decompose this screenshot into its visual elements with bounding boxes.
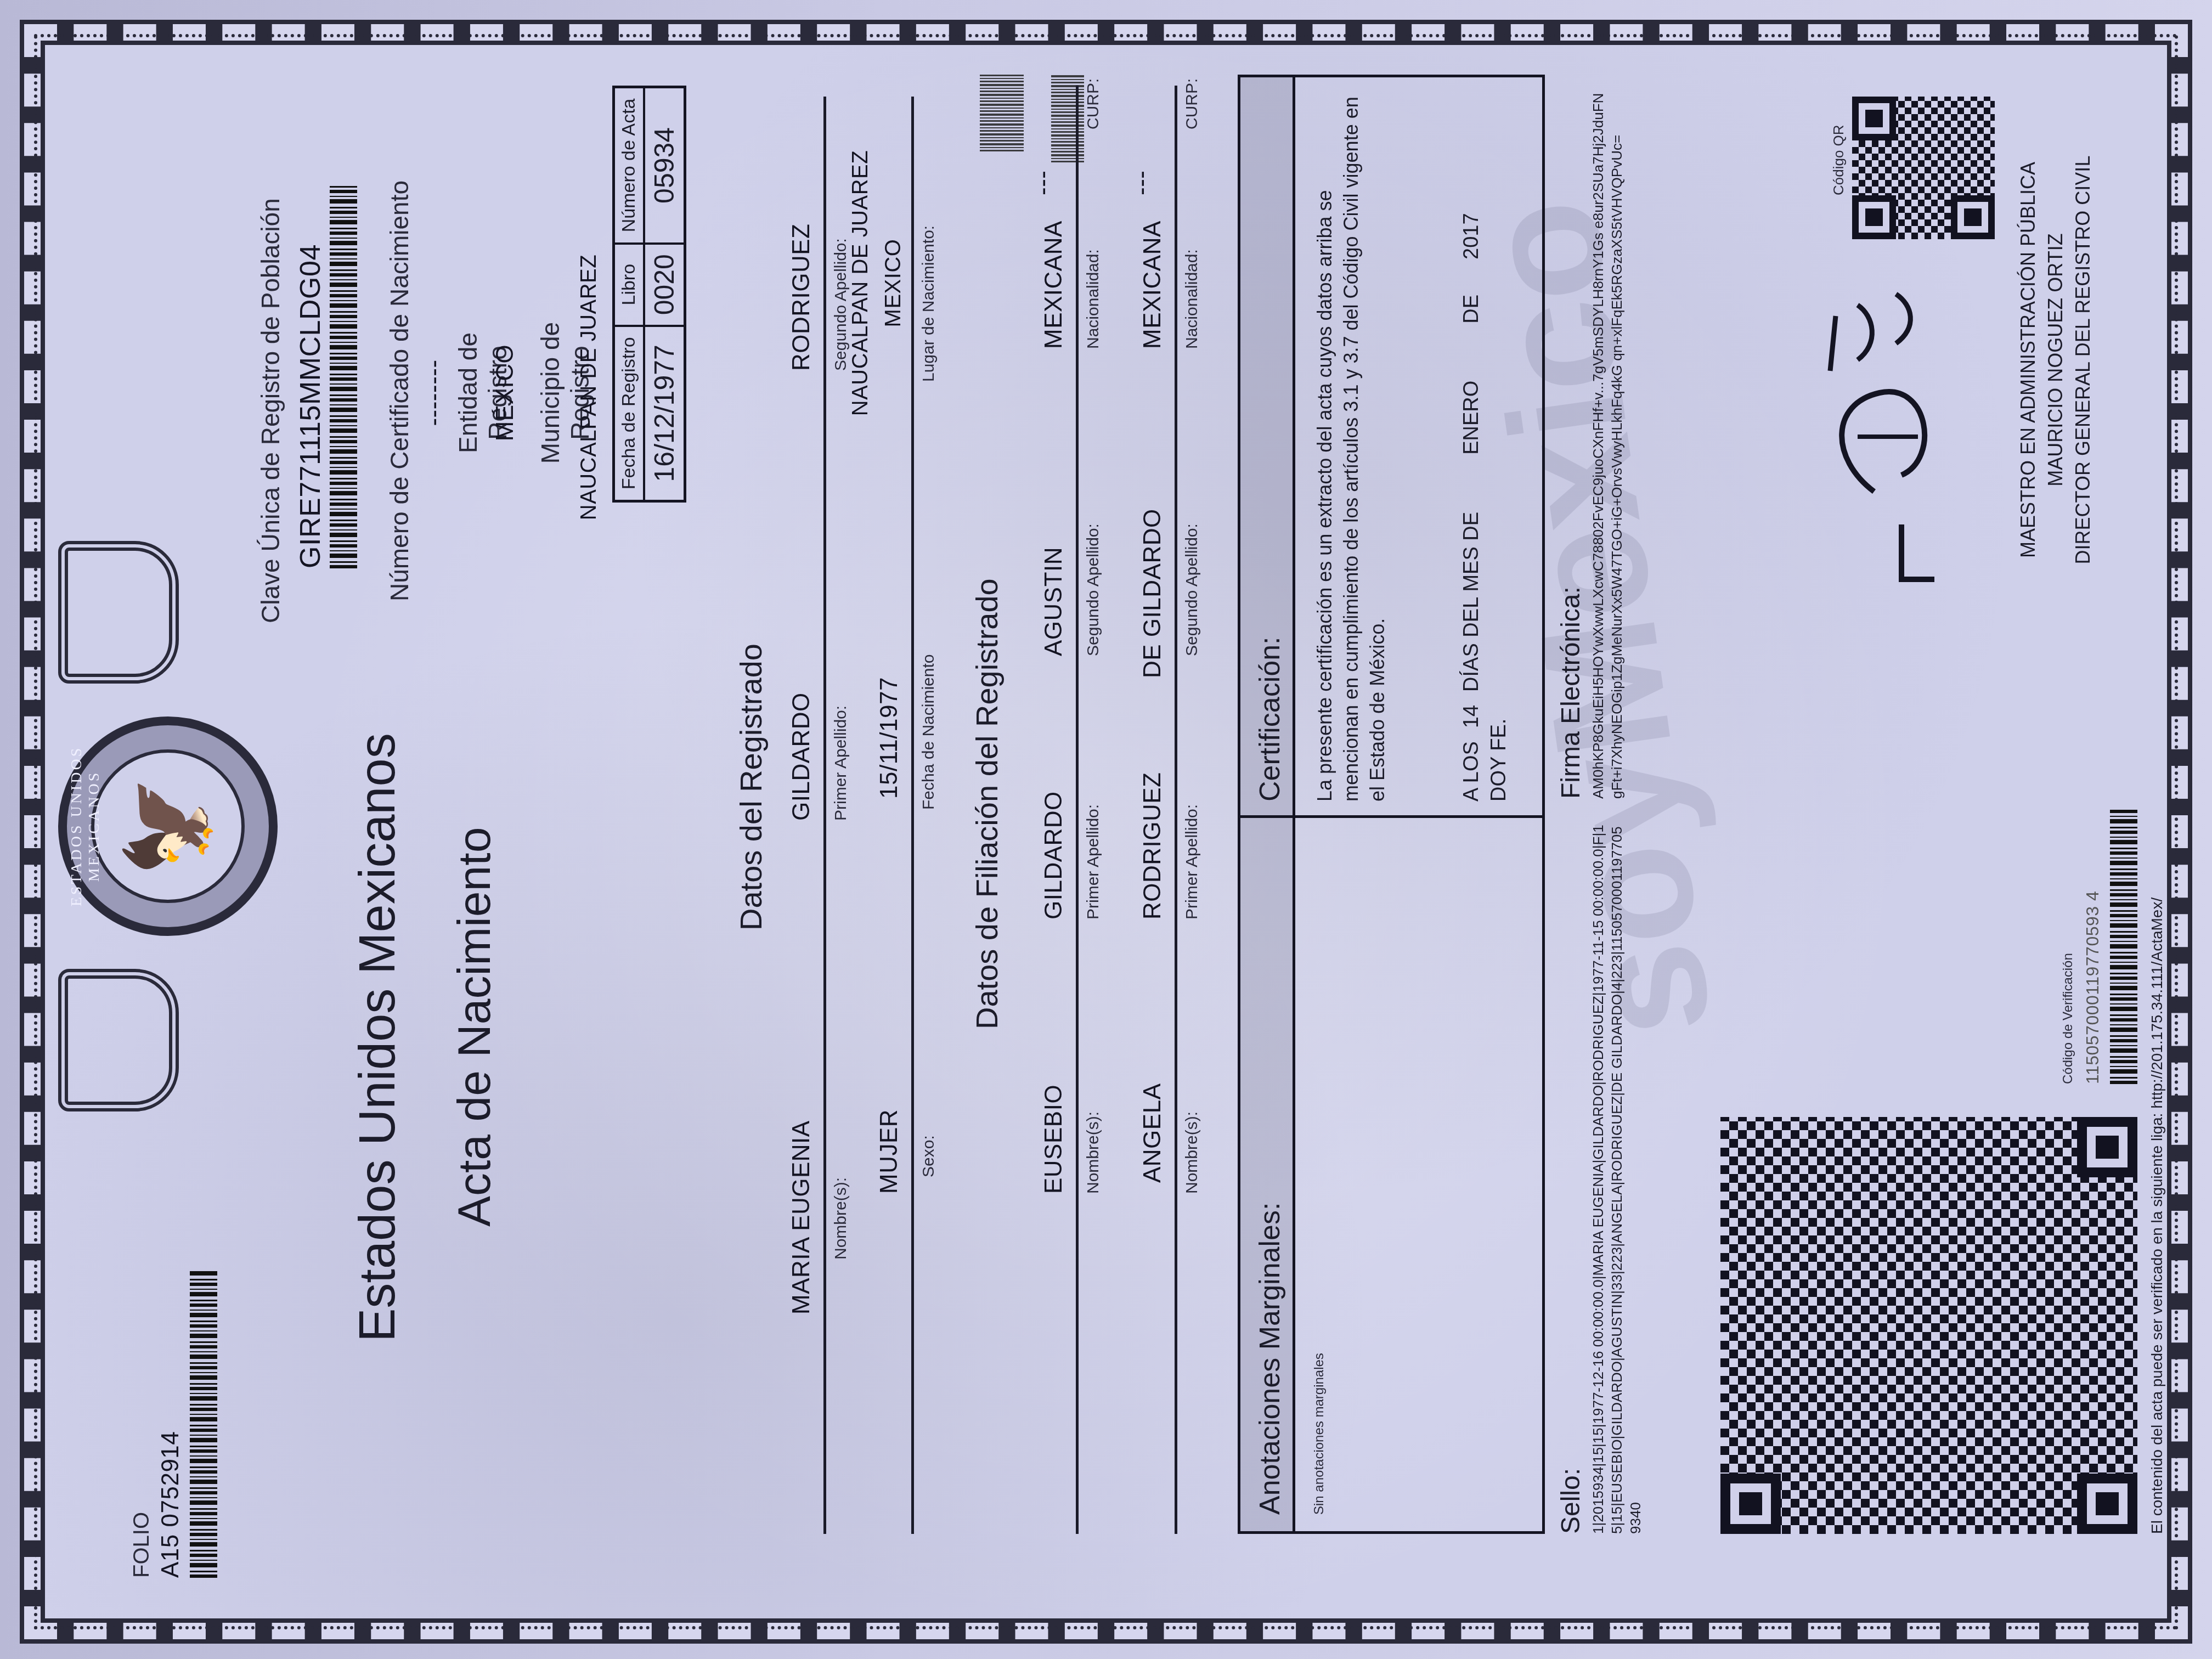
parent1-nacionalidad: MEXICANA	[1040, 221, 1068, 349]
parent1-nombre: EUSEBIO	[1040, 1085, 1068, 1194]
qr-finder	[2077, 1117, 2137, 1177]
parent1-curp-label: CURP:	[1084, 78, 1103, 129]
registrado-lugar-nac-label: Lugar de Nacimiento:	[919, 225, 938, 382]
filiacion-barcode	[980, 75, 1024, 151]
parent1-rule	[1076, 86, 1079, 1534]
curp-value: GIRE771115MMCLDG04	[294, 244, 327, 568]
birth-certificate-document: soyMexico FOLIO A15 0752914 ESTADOS UNID…	[20, 20, 2192, 1644]
parent1-primer-apellido: GILDARDO	[1040, 791, 1068, 919]
country-title: Estados Unidos Mexicanos	[349, 733, 407, 1342]
libro-value: 0020	[644, 244, 685, 326]
signatory-name: MAURICIO NOGUEZ ORTIZ	[2044, 86, 2067, 634]
certificacion-title: Certificación:	[1254, 636, 1286, 802]
small-qr-code	[1852, 97, 1995, 239]
registrado-primer-apellido-label: Primer Apellido:	[832, 706, 850, 821]
reg-date-header: Fecha de Registro	[614, 326, 645, 501]
national-seal: ESTADOS UNIDOS MEXICANOS 🦅	[58, 716, 278, 936]
parent2-segundo-apellido: DE GILDARDO	[1139, 509, 1166, 678]
sello-label: Sello:	[1556, 1468, 1586, 1534]
cert-month: ENERO	[1460, 381, 1483, 455]
entidad-value: MÉXICO	[492, 283, 519, 503]
registrado-fecha-nac-value: 15/11/1977	[876, 677, 903, 799]
document-title: Acta de Nacimiento	[448, 827, 501, 1227]
qr-label: Código QR	[1830, 125, 1847, 195]
anotaciones-text: Sin anotaciones marginales	[1312, 1353, 1327, 1515]
box-divider	[1240, 815, 1542, 818]
parent2-nombre-label: Nombre(s):	[1183, 1111, 1201, 1194]
registrado-name-rule	[823, 97, 826, 1534]
acta-number-header: Número de Acta	[614, 87, 645, 244]
acta-number-value: 05934	[644, 87, 685, 244]
registrado-sexo-label: Sexo:	[919, 1135, 938, 1177]
qr-finder	[1720, 1474, 1781, 1534]
registrado-nombre-value: MARIA EUGENIA	[788, 1120, 815, 1314]
anotaciones-title: Anotaciones Marginales:	[1254, 1203, 1286, 1515]
parent2-rule	[1175, 86, 1177, 1534]
registrado-lugar-nac-value-2: MEXICO	[881, 129, 906, 437]
ornament-left	[58, 969, 179, 1111]
firma-label: Firma Electrónica:	[1556, 586, 1586, 799]
parent2-primer-apellido-label: Primer Apellido:	[1183, 804, 1201, 919]
qr-finder	[1852, 195, 1896, 239]
verification-barcode	[2110, 810, 2137, 1084]
ornament-right	[58, 541, 179, 684]
verification-code-value: 115057000119770593 4	[2083, 891, 2103, 1084]
parent1-nacionalidad-label: Nacionalidad:	[1084, 249, 1103, 349]
sello-text: 1|2015934|15|15|1977-12-16 00:00:00.0|MA…	[1589, 821, 1645, 1534]
photo-background: soyMexico FOLIO A15 0752914 ESTADOS UNID…	[0, 0, 2212, 1659]
cert-date-prefix: A LOS	[1460, 741, 1483, 802]
certificacion-date-line: A LOS 14 DÍAS DEL MES DE ENERO DE 2017	[1460, 88, 1483, 802]
registrado-segundo-apellido-label: Segundo Apellido:	[832, 238, 850, 371]
seal-text: ESTADOS UNIDOS MEXICANOS	[68, 725, 103, 927]
certificacion-text: La presente certificación es un extracto…	[1312, 88, 1391, 802]
folio-number: A15 0752914	[157, 1431, 184, 1578]
firma-text: AM0hKP8GkuEiH5HOYwXwwLXcwC78802FvEC9juoC…	[1589, 86, 1626, 799]
folio-label: FOLIO	[129, 1512, 154, 1578]
parent1-curp-barcode	[1051, 75, 1084, 162]
signature-icon	[1808, 272, 1973, 601]
cert-closing: DOY FE.	[1487, 719, 1511, 802]
registrado-sexo-value: MUJER	[876, 1109, 903, 1194]
verification-code-label: Código de Verificación	[2061, 953, 2076, 1084]
parent2-primer-apellido: RODRIGUEZ	[1139, 772, 1166, 920]
reg-date-value: 16/12/1977	[644, 326, 685, 501]
registration-table: Fecha de Registro Libro Número de Acta 1…	[612, 86, 686, 503]
parent2-nombre: ANGELA	[1139, 1083, 1166, 1183]
signatory-title: MAESTRO EN ADMINISTRACIÓN PÚBLICA	[2017, 86, 2040, 634]
parent1-curp: ---	[1029, 171, 1057, 195]
cert-number-label: Número de Certificado de Nacimiento	[385, 180, 414, 601]
qr-finder	[2077, 1474, 2137, 1534]
folio-barcode	[190, 1271, 217, 1578]
qr-finder	[1852, 97, 1896, 140]
cert-days-text: DÍAS DEL MES DE	[1460, 512, 1483, 692]
parent1-segundo-apellido-label: Segundo Apellido:	[1084, 523, 1103, 656]
municipio-value: NAUCALPAN DE JUAREZ	[577, 250, 601, 524]
parent1-primer-apellido-label: Primer Apellido:	[1084, 804, 1103, 919]
libro-header: Libro	[614, 244, 645, 326]
parent2-nacionalidad-label: Nacionalidad:	[1183, 249, 1201, 349]
registrado-nombre-label: Nombre(s):	[832, 1177, 850, 1260]
filiacion-section-title: Datos de Filiación del Registrado	[969, 578, 1005, 1029]
cert-number-value: --------	[420, 338, 448, 448]
parent1-nombre-label: Nombre(s):	[1084, 1111, 1103, 1194]
registrado-section-title: Datos del Registrado	[733, 644, 769, 930]
parent2-segundo-apellido-label: Segundo Apellido:	[1183, 523, 1201, 656]
parent2-curp-label: CURP:	[1183, 78, 1201, 129]
parent2-nacionalidad: MEXICANA	[1139, 221, 1166, 349]
anotaciones-certificacion-box: Anotaciones Marginales: Sin anotaciones …	[1238, 75, 1545, 1534]
eagle-icon: 🦅	[91, 749, 245, 903]
cert-year: 2017	[1460, 213, 1483, 259]
registrado-primer-apellido-value: GILDARDO	[788, 692, 815, 821]
qr-finder	[1951, 195, 1995, 239]
registrado-birth-rule	[911, 97, 914, 1534]
signatory-position: DIRECTOR GENERAL DEL REGISTRO CIVIL	[2072, 86, 2095, 634]
registrado-segundo-apellido-value: RODRIGUEZ	[788, 224, 815, 371]
curp-barcode	[330, 184, 357, 568]
curp-label: Clave Única de Registro de Población	[256, 198, 285, 623]
registrado-fecha-nac-label: Fecha de Nacimiento	[919, 654, 938, 810]
parent2-curp: ---	[1128, 171, 1155, 195]
large-qr-code	[1720, 1117, 2137, 1534]
verification-footer: El contenido del acta puede ser verifica…	[2148, 898, 2166, 1534]
parent1-segundo-apellido: AGUSTIN	[1040, 547, 1068, 656]
cert-day: 14	[1460, 705, 1483, 728]
cert-de: DE	[1460, 295, 1483, 324]
registrado-lugar-nac-value-1: NAUCALPAN DE JUAREZ	[848, 129, 873, 437]
